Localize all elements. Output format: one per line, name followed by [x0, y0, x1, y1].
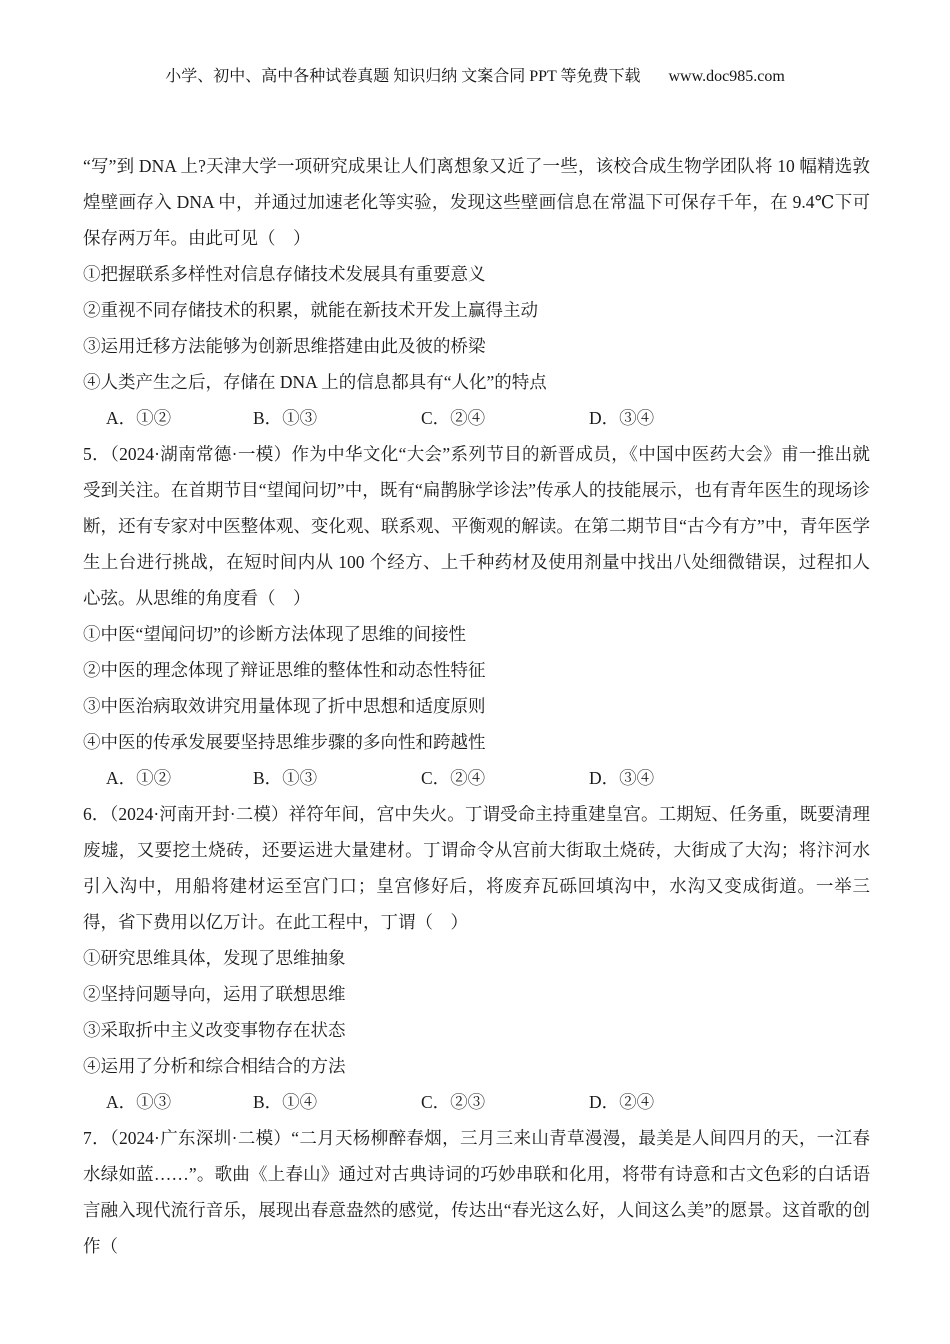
document-body: “写”到 DNA 上?天津大学一项研究成果让人们离想象又近了一些，该校合成生物学… [83, 148, 870, 1264]
document-page: 小学、初中、高中各种试卷真题 知识归纳 文案合同 PPT 等免费下载www.do… [0, 0, 950, 1344]
question-block-4: “写”到 DNA 上?天津大学一项研究成果让人们离想象又近了一些，该校合成生物学… [83, 148, 870, 436]
choice-item: B．①③ [253, 760, 421, 796]
question-block-7: 7．（2024·广东深圳·二模）“二月天杨柳醉春烟，三月三来山青草漫漫，最美是人… [83, 1120, 870, 1264]
question-stem: 5．（2024·湖南常德·一模）作为中华文化“大会”系列节目的新晋成员，《中国中… [83, 436, 870, 616]
option-item: ②重视不同存储技术的积累，就能在新技术开发上赢得主动 [83, 292, 870, 328]
choice-item: D．②④ [589, 1084, 654, 1120]
choice-item: B．①④ [253, 1084, 421, 1120]
option-item: ②中医的理念体现了辩证思维的整体性和动态性特征 [83, 652, 870, 688]
choice-item: C．②③ [421, 1084, 589, 1120]
question-stem: 7．（2024·广东深圳·二模）“二月天杨柳醉春烟，三月三来山青草漫漫，最美是人… [83, 1120, 870, 1264]
question-block-6: 6．（2024·河南开封·二模）祥符年间，宫中失火。丁谓受命主持重建皇宫。工期短… [83, 796, 870, 1120]
option-item: ③中医治病取效讲究用量体现了折中思想和适度原则 [83, 688, 870, 724]
choice-item: A．①② [106, 760, 253, 796]
option-item: ①把握联系多样性对信息存储技术发展具有重要意义 [83, 256, 870, 292]
question-stem: 6．（2024·河南开封·二模）祥符年间，宫中失火。丁谓受命主持重建皇宫。工期短… [83, 796, 870, 940]
header-note: 小学、初中、高中各种试卷真题 知识归纳 文案合同 PPT 等免费下载 [165, 68, 640, 85]
question-stem: “写”到 DNA 上?天津大学一项研究成果让人们离想象又近了一些，该校合成生物学… [83, 148, 870, 256]
choice-row: A．①③ B．①④ C．②③ D．②④ [83, 1084, 870, 1120]
option-item: ③运用迁移方法能够为创新思维搭建由此及彼的桥梁 [83, 328, 870, 364]
choice-item: B．①③ [253, 400, 421, 436]
choice-row: A．①② B．①③ C．②④ D．③④ [83, 760, 870, 796]
choice-item: C．②④ [421, 400, 589, 436]
header-url: www.doc985.com [669, 68, 785, 85]
option-item: ①中医“望闻问切”的诊断方法体现了思维的间接性 [83, 616, 870, 652]
choice-item: D．③④ [589, 400, 654, 436]
option-item: ④人类产生之后，存储在 DNA 上的信息都具有“人化”的特点 [83, 364, 870, 400]
option-item: ①研究思维具体，发现了思维抽象 [83, 940, 870, 976]
question-block-5: 5．（2024·湖南常德·一模）作为中华文化“大会”系列节目的新晋成员，《中国中… [83, 436, 870, 796]
option-item: ②坚持问题导向，运用了联想思维 [83, 976, 870, 1012]
choice-item: A．①② [106, 400, 253, 436]
choice-row: A．①② B．①③ C．②④ D．③④ [83, 400, 870, 436]
option-item: ③采取折中主义改变事物存在状态 [83, 1012, 870, 1048]
choice-item: C．②④ [421, 760, 589, 796]
choice-item: A．①③ [106, 1084, 253, 1120]
page-header: 小学、初中、高中各种试卷真题 知识归纳 文案合同 PPT 等免费下载www.do… [0, 66, 950, 88]
choice-item: D．③④ [589, 760, 654, 796]
option-item: ④运用了分析和综合相结合的方法 [83, 1048, 870, 1084]
option-item: ④中医的传承发展要坚持思维步骤的多向性和跨越性 [83, 724, 870, 760]
